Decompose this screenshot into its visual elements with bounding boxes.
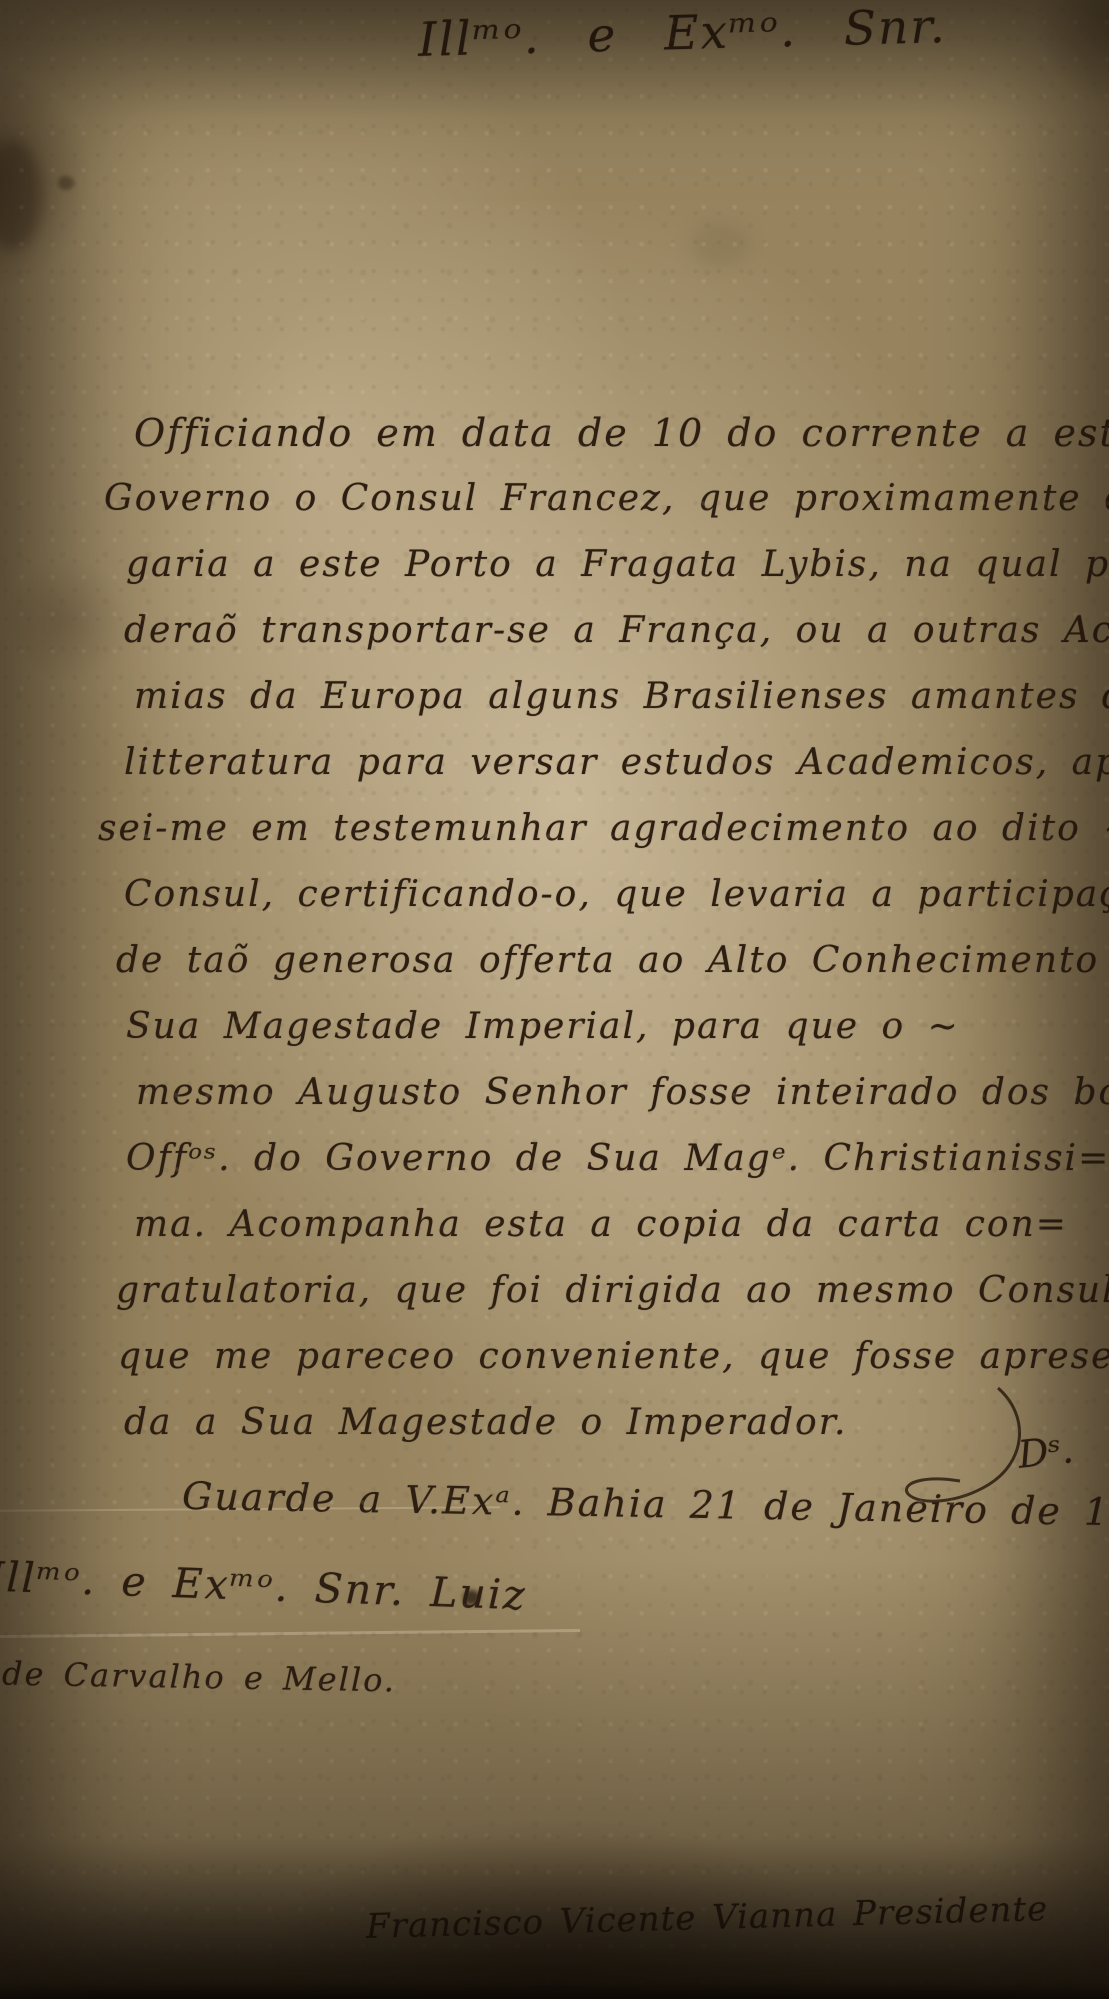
manuscript-page: Illᵐᵒ. e Exᵐᵒ. Snr. Officiando em data d… [0,0,1109,1999]
manuscript-line: que me pareceo conveniente, que fosse ap… [118,1324,1078,1390]
manuscript-line: gratulatoria, que foi dirigida ao mesmo … [116,1258,1078,1324]
manuscript-line: Consul, certificando-o, que levaria a pa… [124,862,1078,928]
manuscript-line: sei-me em testemunhar agradecimento ao d… [98,796,1078,862]
manuscript-line: Offᵒˢ. do Governo de Sua Magᵉ. Christian… [126,1126,1078,1192]
manuscript-line: mias da Europa alguns Brasilienses amant… [134,664,1078,730]
paper-stain [690,222,750,268]
manuscript-line: de taõ generosa offerta ao Alto Conhecim… [116,928,1078,994]
signature: Francisco Vicente Vianna Presidente [366,1889,1049,1947]
manuscript-line: deraõ transportar-se a França, ou a outr… [124,598,1078,664]
manuscript-line: Officiando em data de 10 do corrente a e… [134,400,1078,466]
salutation: Illᵐᵒ. e Exᵐᵒ. Snr. [417,0,1098,68]
manuscript-line: litteratura para versar estudos Academic… [124,730,1078,796]
addressee-line-2: de Carvalho e Mello. [2,1655,397,1700]
manuscript-line: Governo o Consul Francez, que proximamen… [104,466,1078,532]
paper-crease [0,1629,580,1638]
paper-stain [58,176,74,190]
addressee-line-1: Illᵐᵒ. e Exᵐᵒ. Snr. Luiz [0,1553,527,1620]
manuscript-line: mesmo Augusto Senhor fosse inteirado dos… [136,1060,1078,1126]
letter-body: Officiando em data de 10 do corrente a e… [98,400,1078,1456]
paper-stain [0,140,42,250]
deus-abbreviation: Dˢ. [1016,1427,1076,1477]
manuscript-line: garia a este Porto a Fragata Lybis, na q… [126,532,1078,598]
manuscript-line: Sua Magestade Imperial, para que o ~ [126,994,1078,1060]
manuscript-line: ma. Acompanha esta a copia da carta con= [134,1192,1078,1258]
